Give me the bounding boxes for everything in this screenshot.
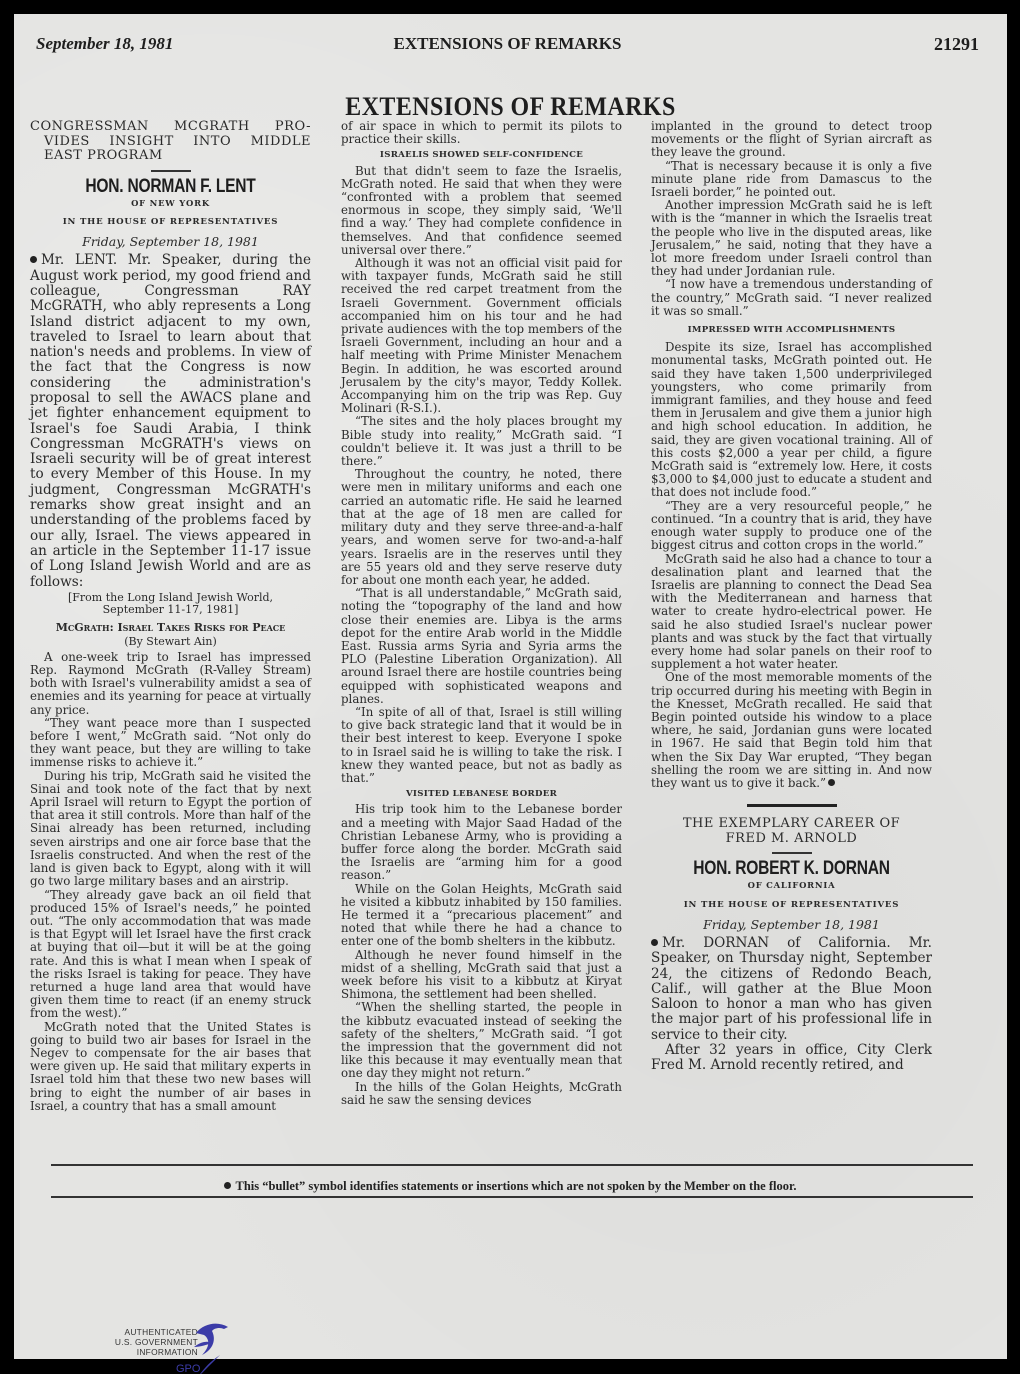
bullet-icon <box>224 1182 231 1189</box>
paragraph: implanted in the ground to detect troop … <box>651 120 932 160</box>
paragraph: In the hills of the Golan Heights, McGra… <box>341 1081 622 1107</box>
paragraph: After 32 years in office, City Clerk Fre… <box>651 1043 932 1074</box>
paragraph: Throughout the country, he noted, there … <box>341 468 622 587</box>
footer-rule-bottom <box>51 1196 973 1198</box>
member-name: HON. NORMAN F. LENT <box>55 180 285 193</box>
document-page: September 18, 1981 EXTENSIONS OF REMARKS… <box>14 14 1007 1359</box>
column-1: CONGRESSMAN McGRATH PRO- VIDES INSIGHT I… <box>30 120 311 1113</box>
paragraph: A one-week trip to Israel has impressed … <box>30 651 311 717</box>
auth-line: INFORMATION <box>76 1347 198 1357</box>
column-3: implanted in the ground to detect troop … <box>651 120 932 1074</box>
bullet-icon <box>30 256 37 263</box>
paragraph: McGrath noted that the United States is … <box>30 1021 311 1113</box>
paragraph: “In spite of all of that, Israel is stil… <box>341 706 622 785</box>
intro-text: Mr. DORNAN of California. Mr. Speaker, o… <box>651 935 932 1043</box>
member-name: HON. ROBERT K. DORNAN <box>676 862 906 875</box>
member-state: OF NEW YORK <box>30 197 311 210</box>
paragraph: “I now have a tremendous understanding o… <box>651 278 932 318</box>
source-citation: [From the Long Island Jewish World, Sept… <box>30 592 311 617</box>
bullet-icon <box>651 939 658 946</box>
paragraph: “They are a very resourceful people,” he… <box>651 500 932 553</box>
footnote-text: This “bullet” symbol identifies statemen… <box>235 1179 796 1193</box>
paragraph: Although it was not an official visit pa… <box>341 257 622 415</box>
intro-paragraph: Mr. LENT. Mr. Speaker, during the August… <box>30 253 311 590</box>
title-line: VIDES INSIGHT INTO MIDDLE <box>30 135 311 150</box>
paragraph: During his trip, McGrath said he visited… <box>30 770 311 889</box>
byline: (By Stewart Ain) <box>30 636 311 649</box>
chamber: IN THE HOUSE OF REPRESENTATIVES <box>651 899 932 912</box>
title-line: FRED M. ARNOLD <box>651 832 932 847</box>
auth-line: AUTHENTICATED <box>76 1327 198 1337</box>
header-section: EXTENSIONS OF REMARKS <box>36 34 979 54</box>
member-state: OF CALIFORNIA <box>651 879 932 892</box>
divider <box>151 170 191 172</box>
subheading: ISRAELIS SHOWED SELF-CONFIDENCE <box>341 149 622 162</box>
speech-date: Friday, September 18, 1981 <box>30 235 311 248</box>
divider <box>772 852 812 854</box>
article-2-title: THE EXEMPLARY CAREER OF FRED M. ARNOLD <box>651 817 932 846</box>
article-1-title: CONGRESSMAN McGRATH PRO- VIDES INSIGHT I… <box>30 120 311 164</box>
closing-paragraph: One of the most memorable moments of the… <box>651 671 932 790</box>
paragraph: Another impression McGrath said he is le… <box>651 199 932 278</box>
eagle-icon <box>194 1319 234 1374</box>
auth-line: U.S. GOVERNMENT <box>76 1337 198 1347</box>
article-divider <box>747 804 837 807</box>
page-title: EXTENSIONS OF REMARKS <box>54 92 968 122</box>
footnote: This “bullet” symbol identifies statemen… <box>14 1179 1007 1194</box>
intro-text: Mr. LENT. Mr. Speaker, during the August… <box>30 252 311 589</box>
paragraph: of air space in which to permit its pilo… <box>341 120 622 146</box>
paragraph: But that didn't seem to faze the Israeli… <box>341 165 622 257</box>
source-line: September 11-17, 1981] <box>30 604 311 617</box>
title-line: CONGRESSMAN McGRATH PRO- <box>30 120 311 135</box>
footer-rule-top <box>51 1164 973 1166</box>
paragraph: “They already gave back an oil field tha… <box>30 889 311 1021</box>
column-2: of air space in which to permit its pilo… <box>341 120 622 1107</box>
bullet-icon <box>828 779 835 786</box>
page-number: 21291 <box>934 34 979 55</box>
paragraph: “The sites and the holy places brought m… <box>341 415 622 468</box>
speech-date: Friday, September 18, 1981 <box>651 918 932 931</box>
subheading: VISITED LEBANESE BORDER <box>341 788 622 801</box>
paragraph: McGrath said he also had a chance to tou… <box>651 553 932 672</box>
subheading: IMPRESSED WITH ACCOMPLISHMENTS <box>651 324 932 337</box>
article-headline: McGrath: Israel Takes Risks for Peace <box>30 622 311 635</box>
paragraph: “When the shelling started, the people i… <box>341 1001 622 1080</box>
paragraph: “They want peace more than I suspected b… <box>30 717 311 770</box>
authentication-text: AUTHENTICATED U.S. GOVERNMENT INFORMATIO… <box>76 1327 198 1357</box>
paragraph: Although he never found himself in the m… <box>341 949 622 1002</box>
closing-text: One of the most memorable moments of the… <box>651 670 932 790</box>
paragraph: “That is necessary because it is only a … <box>651 160 932 200</box>
paragraph: Despite its size, Israel has accomplishe… <box>651 341 932 499</box>
intro-paragraph: Mr. DORNAN of California. Mr. Speaker, o… <box>651 936 932 1043</box>
title-line: EAST PROGRAM <box>30 149 311 164</box>
paragraph: While on the Golan Heights, McGrath said… <box>341 883 622 949</box>
title-line: THE EXEMPLARY CAREER OF <box>651 817 932 832</box>
gpo-authentication-seal: AUTHENTICATED U.S. GOVERNMENT INFORMATIO… <box>76 1319 236 1374</box>
chamber: IN THE HOUSE OF REPRESENTATIVES <box>30 216 311 229</box>
paragraph: “That is all understandable,” McGrath sa… <box>341 587 622 706</box>
running-header: September 18, 1981 EXTENSIONS OF REMARKS… <box>36 34 979 64</box>
paragraph: His trip took him to the Lebanese border… <box>341 803 622 882</box>
